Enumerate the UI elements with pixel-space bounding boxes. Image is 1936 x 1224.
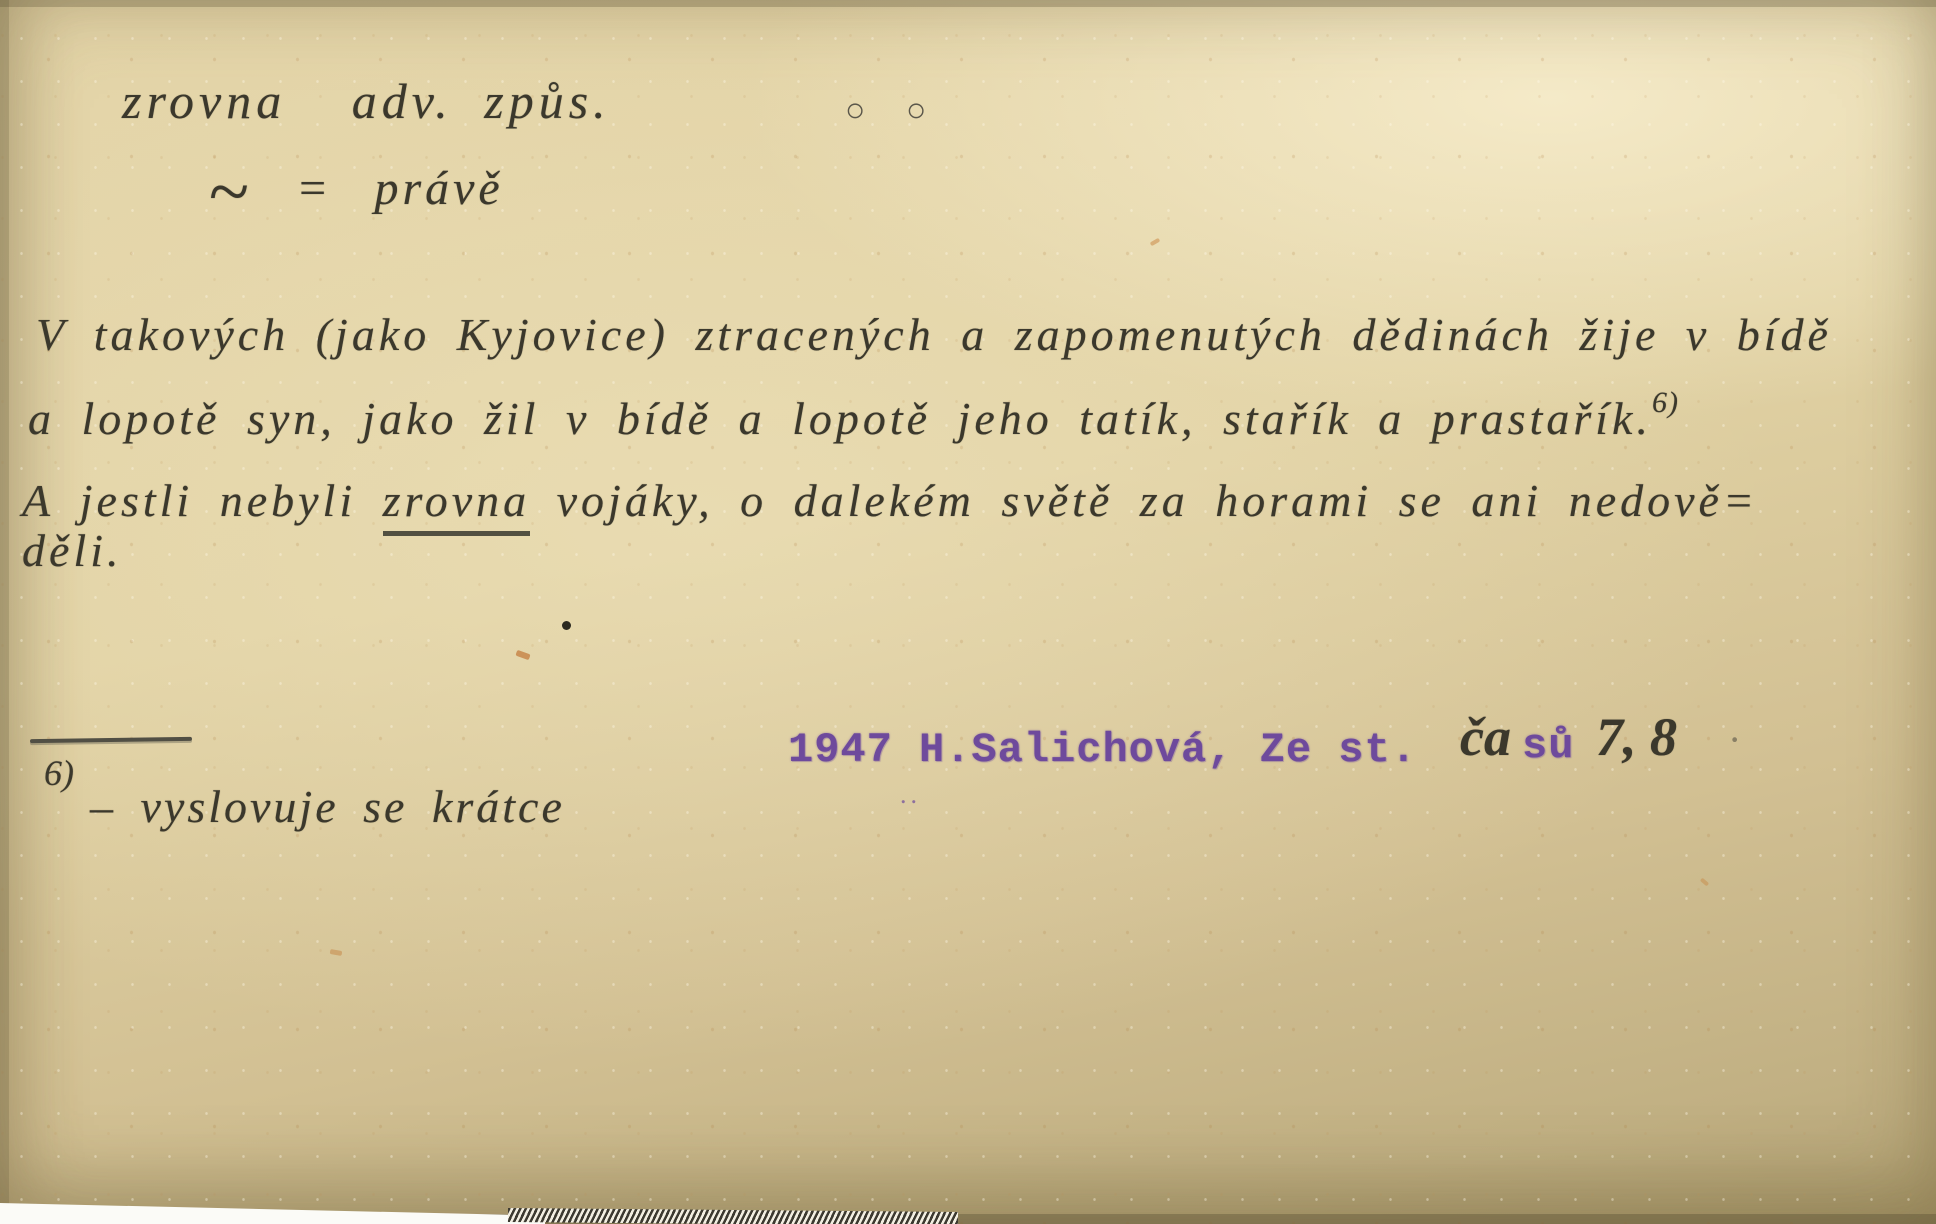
headword-line: zrovna adv. způs. [122, 72, 611, 130]
scan-edge-top [0, 0, 1936, 7]
stamp-under-marks: .. [900, 780, 921, 810]
paper-fleck [1150, 238, 1161, 246]
paper-fleck [330, 949, 343, 956]
tilde-sign: ~ [208, 151, 252, 233]
quote-line-3-post: vojáky, o dalekém světě za horami se ani… [530, 475, 1758, 526]
scanned-archive-card: zrovna adv. způs. ○ ○ ~ = právě V takový… [0, 0, 1936, 1224]
ink-dot [562, 621, 571, 630]
paper-fleck [515, 650, 530, 660]
gloss-text: právě [374, 162, 503, 215]
citation-stamp-su: sů [1522, 722, 1574, 770]
footnote-rule [30, 737, 192, 743]
footnote-ref-inline: 6) [1652, 386, 1679, 419]
pos-label: adv. způs. [352, 73, 611, 129]
quote-line-3: A jestli nebyli zrovna vojáky, o dalekém… [22, 474, 1758, 527]
footnote-ref: 6) [44, 752, 74, 794]
citation-stamp: 1947 H.Salichová, Ze st. [788, 726, 1417, 774]
headword: zrovna [122, 73, 286, 129]
footnote-text: – vyslovuje se krátce [90, 780, 565, 833]
quote-line-1: V takových (jako Kyjovice) ztracených a … [36, 308, 1832, 361]
quote-line-2: a lopotě syn, jako žil v bídě a lopotě j… [28, 392, 1679, 445]
equals-sign: = [296, 162, 332, 215]
paper-fleck [1700, 878, 1709, 887]
citation-hand-ca: ča [1460, 706, 1511, 768]
quote-line-4: děli. [22, 524, 122, 577]
circle-marks: ○ ○ [845, 92, 943, 130]
scan-edge-white-strip [0, 1194, 545, 1224]
gloss-line: ~ = právě [208, 150, 504, 235]
citation-hand-pages: 7, 8 [1596, 706, 1677, 768]
quote-line-3-pre: A jestli nebyli [22, 475, 383, 526]
scan-edge-hatch-strip [508, 1208, 958, 1224]
quote-line-2-text: a lopotě syn, jako žil v bídě a lopotě j… [28, 393, 1652, 444]
scan-edge-left [0, 0, 9, 1224]
quote-underlined-word: zrovna [383, 475, 531, 536]
citation-trailing-dot: · [1728, 716, 1741, 763]
